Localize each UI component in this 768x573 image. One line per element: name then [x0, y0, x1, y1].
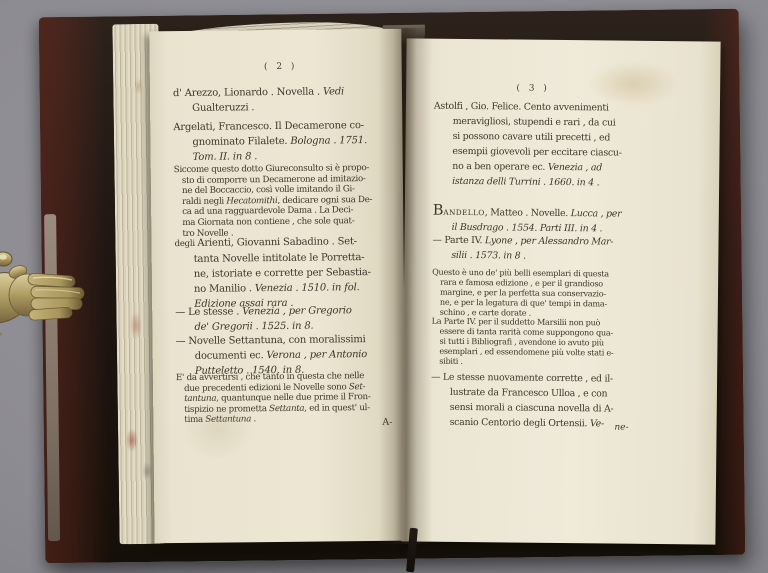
left-page-number: ( 2 )	[173, 61, 389, 73]
signature-mark: A-	[176, 416, 422, 430]
text-line: documenti ec. Verona , per Antonio	[176, 347, 392, 364]
text-line: ( 3 )	[434, 83, 632, 95]
text-line: istanza delli Turrini . 1660. in 4 .	[433, 174, 631, 191]
note-bandello-parte-iv: La Parte IV. per il suddetto Marsilii no…	[431, 317, 630, 369]
right-page-text: ( 3 )Astolfi , Gio. Felice. Cento avveni…	[429, 39, 632, 544]
text-line: ne-	[431, 421, 629, 433]
entry-argelati: Argelati, Francesco. Il Decamerone co-gn…	[173, 118, 389, 165]
right-page-number: ( 3 )	[434, 83, 632, 95]
entry-bandello: BANDELLO, Matteo . Novelle. Lucca , peri…	[433, 203, 631, 237]
text-line: gnominato Filalete. Bologna . 1751.	[173, 133, 389, 150]
entry-astolfi: Astolfi , Gio. Felice. Cento avvenimenti…	[433, 99, 632, 191]
text-line: sibiti .	[431, 356, 629, 368]
text-line: Gualteruzzi .	[173, 99, 389, 116]
note-argelati: Siccome questo dotto Giureconsulto si è …	[174, 163, 391, 239]
left-page-text: ( 2 )d' Arezzo, Lionardo . Novella . Ved…	[172, 29, 393, 543]
book-photograph: ( 2 )d' Arezzo, Lionardo . Novella . Ved…	[0, 0, 768, 573]
text-line: no Manilio . Venezia . 1510. in fol.	[175, 280, 391, 297]
brass-hand-page-holder-icon	[0, 238, 98, 338]
right-page: ( 3 )Astolfi , Gio. Felice. Cento avveni…	[401, 38, 720, 544]
catchword: ne-	[431, 421, 633, 433]
entry-arienti: degli Arienti, Giovanni Sabadino . Set-t…	[174, 234, 391, 312]
note-bandello-esemplare: Questo è uno de' più belli esemplari di …	[432, 268, 631, 320]
text-line: BANDELLO, Matteo . Novelle. Lucca , per	[433, 203, 631, 222]
entry-bandello-parte-iv: — Parte IV. Lyone , per Alessandro Mar-s…	[432, 233, 630, 265]
entry-arezzo: d' Arezzo, Lionardo . Novella . VediGual…	[173, 84, 389, 116]
text-line: ( 2 )	[173, 61, 389, 73]
left-page: ( 2 )d' Arezzo, Lionardo . Novella . Ved…	[149, 29, 406, 544]
entry-arienti-venezia-1525: — Le stesse . Venezia , per Gregoriode' …	[175, 303, 391, 335]
text-line: A-	[176, 417, 392, 430]
text-line: silii . 1573. in 8 .	[432, 248, 630, 265]
